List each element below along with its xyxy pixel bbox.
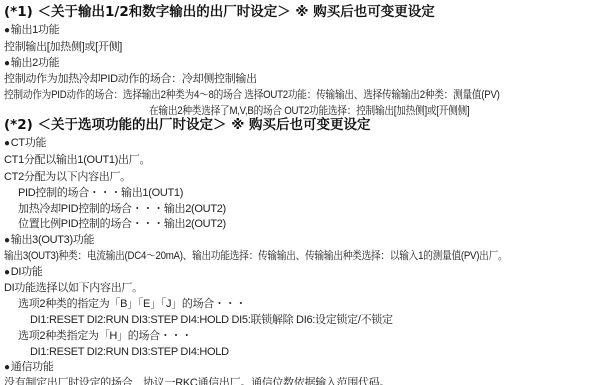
- output2-line2: 控制动作为PID动作的场合：选择输出2种类为4～8的场合 选择OUT2功能：传输…: [4, 87, 500, 103]
- output3-title: 输出3(OUT3)功能: [4, 232, 94, 249]
- di-case2: 选项2种类指定为「H」的场合・・・: [18, 328, 192, 344]
- comm-title: 通信功能: [4, 359, 54, 376]
- ct-line2: CT2分配为以下内容出厂。: [4, 169, 131, 185]
- ct-item-3: 位置比例PID控制的场合・・・输出2(OUT2): [18, 216, 226, 232]
- output1-text: 控制输出[加热侧]或[开侧]: [4, 39, 122, 55]
- output2-title: 输出2功能: [4, 55, 59, 72]
- di-case1-values: DI1:RESET DI2:RUN DI3:STEP DI4:HOLD DI5:…: [30, 312, 393, 328]
- ct-title: CT功能: [4, 135, 46, 152]
- di-case2-values: DI1:RESET DI2:RUN DI3:STEP DI4:HOLD: [30, 344, 229, 360]
- output1-title: 输出1功能: [4, 22, 59, 39]
- comm-text: 没有制定出厂时设定的场合，协议一RKC通信出厂。通信位数依据输入范围代码。: [4, 375, 390, 385]
- di-case1: 选项2种类的指定为「B」「E」「J」的场合・・・: [18, 296, 246, 312]
- output3-text: 输出3(OUT3)种类：电流输出(DC4～20mA)、输出功能选择：传输输出、传…: [4, 248, 507, 264]
- section2-heading: (*2) ＜关于选项功能的出厂时设定＞ ※ 购买后也可变更设定: [4, 117, 371, 133]
- section1-heading: (*1) ＜关于输出1/2和数字输出的出厂时设定＞ ※ 购买后也可变更设定: [4, 4, 435, 20]
- ct-line1: CT1分配以输出1(OUT1)出厂。: [4, 152, 150, 168]
- di-title: DI功能: [4, 264, 43, 281]
- ct-item-2: 加热冷却PID控制的场合・・・输出2(OUT2): [18, 201, 226, 217]
- output2-line1: 控制动作为加热冷却PID动作的场合：冷却侧控制输出: [4, 71, 257, 87]
- di-intro: DI功能选择以如下内容出厂。: [4, 280, 143, 296]
- ct-item-1: PID控制的场合・・・输出1(OUT1): [18, 185, 183, 201]
